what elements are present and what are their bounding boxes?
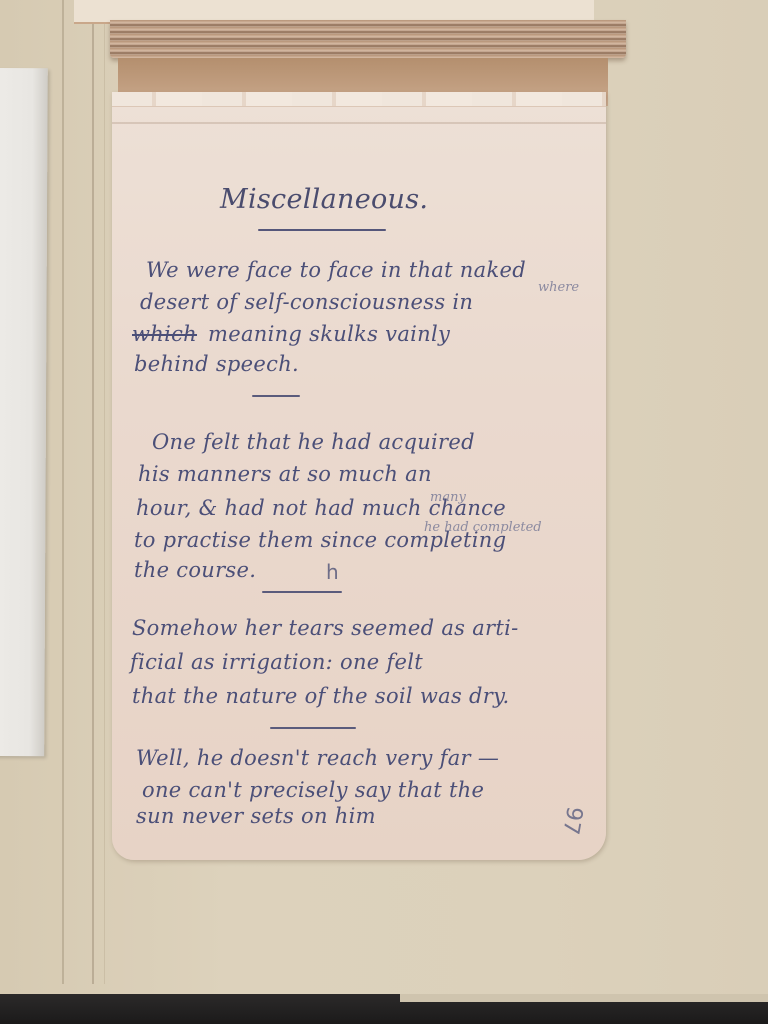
page-number: 97 [557, 805, 586, 837]
stack-layers [110, 20, 626, 58]
struck-word: which [132, 322, 197, 346]
photo-scene: Miscellaneous. We were face to face in t… [0, 0, 768, 1024]
insertion-where: where [538, 280, 579, 295]
folder-fold-line [62, 0, 64, 984]
table-edge [0, 994, 768, 1024]
passage-4-line-3: sun never sets on him [136, 804, 376, 828]
margin-mark: h [326, 560, 339, 584]
passage-3-line-3: that the nature of the soil was dry. [132, 684, 509, 708]
title-underline [258, 229, 386, 231]
paper-stack [74, 0, 628, 62]
passage-2-line-4: to practise them since completing [134, 528, 506, 552]
white-card [0, 68, 48, 756]
folder-fold-line [92, 0, 94, 984]
section-divider [262, 591, 342, 593]
passage-2-line-1: One felt that he had acquired [152, 430, 475, 454]
passage-2-line-5: the course. [134, 558, 256, 582]
manuscript-page: Miscellaneous. We were face to face in t… [112, 92, 606, 860]
passage-3-line-2: ficial as irrigation: one felt [130, 650, 423, 674]
passage-2-line-3: hour, & had not had much chance [136, 496, 506, 520]
passage-3-line-1: Somehow her tears seemed as arti- [132, 616, 519, 640]
passage-2-line-2: his manners at so much an [138, 462, 432, 486]
passage-1-line-1: We were face to face in that naked [146, 258, 526, 282]
passage-4-line-2: one can't precisely say that the [142, 778, 484, 802]
folder-fold-line [104, 0, 105, 984]
passage-1-line-3: which [132, 322, 197, 346]
section-divider [270, 727, 356, 729]
page-title: Miscellaneous. [220, 184, 428, 215]
passage-1-line-3-rest: meaning skulks vainly [208, 322, 450, 346]
section-divider [252, 395, 300, 397]
passage-4-line-1: Well, he doesn't reach very far — [136, 746, 499, 770]
passage-1-line-4: behind speech. [134, 352, 299, 376]
passage-1-line-2: desert of self-consciousness in [140, 290, 473, 314]
